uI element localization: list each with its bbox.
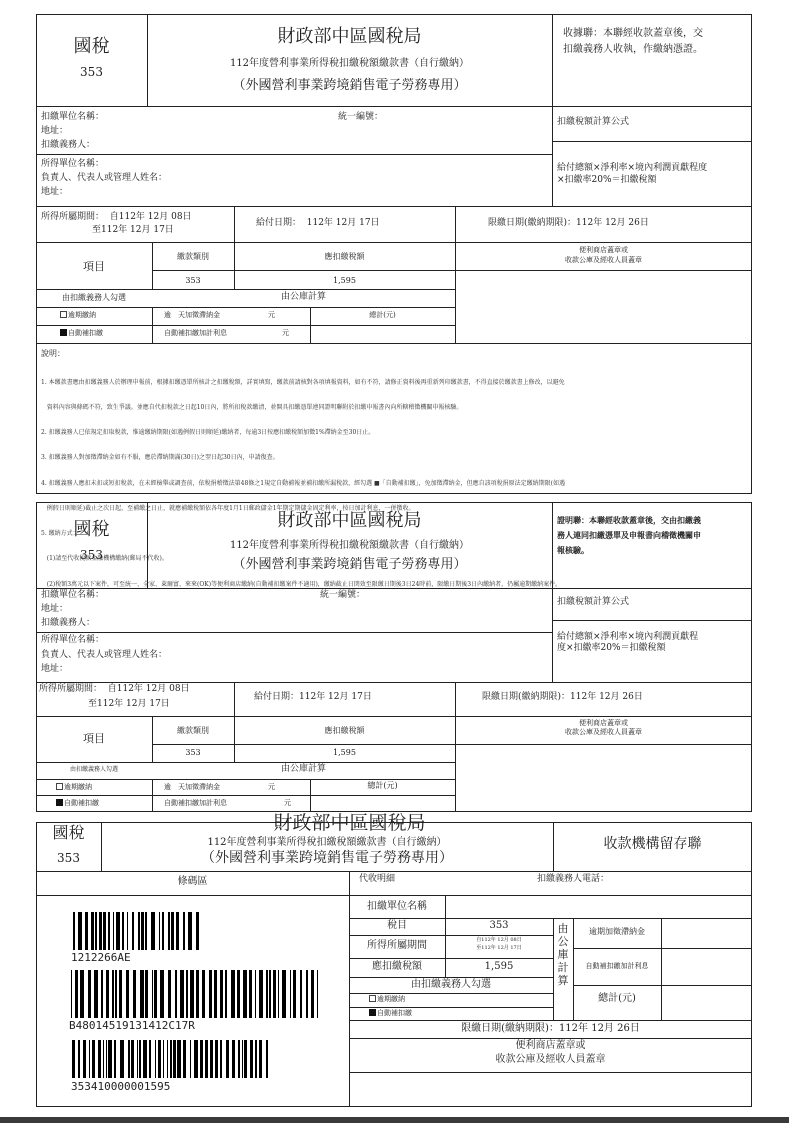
deadline-label: 限繳日期(繳納期限)： (488, 218, 576, 228)
choice-label: 由扣繳義務人勾選 (36, 293, 152, 303)
income-unit-name-label: 所得單位名稱： (41, 635, 104, 646)
stamp-label-line2: 收款公庫及經收人員蓋章 (455, 256, 752, 264)
formula-title: 扣繳稅額計算公式 (557, 597, 629, 608)
form-subtitle: （外國營利事業跨境銷售電子勞務專用） (101, 850, 553, 867)
withholding-agent-label: 扣繳義務人： (41, 140, 95, 151)
period-to: 至112年 12月 17日 (88, 699, 170, 710)
interest-label: 自動補扣繳加計利息 (164, 329, 227, 337)
tax-amount-value: 1,595 (234, 276, 455, 286)
form-subtitle: （外國營利事業跨境銷售電子勞務專用） (147, 557, 552, 573)
stamp-label-line2: 收款公庫及經收人員蓋章 (349, 1054, 752, 1066)
barcode-3-text: 353410000001595 (71, 1080, 170, 1093)
agency-name: 財政部中區國稅局 (147, 26, 552, 48)
category-label: 繳款類別 (152, 252, 234, 262)
form-subtitle: （外國營利事業跨境銷售電子勞務專用） (147, 78, 552, 94)
representative-name-label: 負責人、代表人或管理人姓名： (41, 173, 167, 184)
item-label: 項目 (36, 732, 152, 745)
income-unit-address-label: 地址： (41, 664, 68, 675)
withholder-unit-name-label: 扣繳單位名稱： (41, 112, 104, 123)
auto-supplement-option[interactable]: 自動補扣繳 (369, 1009, 412, 1017)
period-to: 至112年 12月 17日 (92, 225, 174, 236)
note-line: 3. 扣繳義務人對加徵滯納金如有不服，應於滯納期滿(30日)之翌日起30日內，申… (41, 454, 565, 462)
tax-amount-label: 應扣繳稅額 (234, 252, 455, 262)
tax-type-label: 國稅 (36, 36, 147, 58)
category-label: 繳款類別 (152, 726, 234, 736)
item-label: 項目 (36, 260, 152, 273)
barcode-1-text: 1212266AE (71, 951, 131, 964)
auto-supplement-option[interactable]: 自動補扣繳 (60, 329, 103, 337)
period-label: 所得所屬期間： (39, 684, 102, 694)
treasury-calc-label: 由公庫計算 (152, 292, 455, 303)
formula-title: 扣繳稅額計算公式 (557, 117, 629, 128)
late-fee-label: 逾期加徵滯納金 (573, 927, 661, 937)
stamp-label-line1: 便利商店蓋章或 (349, 1040, 752, 1052)
deadline-text: 限繳日期(繳納期限)：112年 12月 26日 (349, 1023, 752, 1035)
auto-supplement-checkbox[interactable] (56, 799, 63, 806)
deadline-label: 限繳日期(繳納期限)： (482, 692, 570, 702)
collection-detail-label: 代收明細 (359, 874, 395, 885)
agent-phone-label: 扣繳義務人電話： (537, 874, 609, 885)
late-payment-option[interactable]: 逾期繳納 (369, 995, 405, 1003)
interest-label: 自動補扣繳加計利息 (573, 962, 661, 970)
barcode-2 (71, 970, 318, 1018)
pay-date: 112年 12月 17日 (307, 218, 380, 228)
pay-date-label: 給付日期： (256, 218, 301, 228)
note-line: 2. 扣繳義務人已依規定扣取稅款，惟逾繳納期限(如遇例假日則順延)繳納者，每逾3… (41, 429, 565, 437)
stamp-label-line1: 便利商店蓋章或 (455, 719, 752, 727)
tax-amount-value: 1,595 (445, 961, 553, 973)
pay-date-label: 給付日期： (254, 692, 299, 702)
late-payment-checkbox[interactable] (369, 995, 376, 1002)
total-label: 總計(元) (310, 311, 455, 319)
withholder-address-label: 地址： (41, 604, 68, 615)
choice-label: 由扣繳義務人勾選 (36, 766, 152, 773)
note-line: 4. 扣繳義務人應扣未扣或短扣稅款，在未經檢舉或調查前，依稅捐稽徵法第48條之1… (41, 480, 565, 488)
note-line: 1. 本繳款書應由扣繳義務人於辦理申報前，根據扣繳憑單所核計之扣繳稅額，詳實填寫… (41, 379, 565, 387)
period-from: 自112年 12月 08日 (445, 937, 553, 943)
representative-name-label: 負責人、代表人或管理人姓名： (41, 650, 167, 661)
withholder-address-label: 地址： (41, 126, 68, 137)
stamp-label-line1: 便利商店蓋章或 (455, 246, 752, 254)
period-label: 所得所屬期間 (349, 940, 445, 952)
copy-note-line3: 報核驗。 (557, 546, 589, 556)
formula-line1: 給付總額×淨利率×境內利潤貢獻程 (557, 632, 698, 643)
period-label: 所得所屬期間： (41, 212, 104, 222)
late-payment-option[interactable]: 逾期繳納 (60, 311, 96, 319)
copy-note: 收款機構留存聯 (553, 836, 752, 853)
tax-code: 353 (36, 65, 147, 79)
note-line: 資料內容與條碼不符，致生爭議。並應自代扣稅款之日起10日內，將所扣稅款繳清，並開… (41, 404, 565, 412)
choice-label: 由扣繳義務人勾選 (349, 979, 553, 991)
notes-title: 說明： (41, 349, 65, 359)
late-payment-option[interactable]: 逾期繳納 (56, 783, 92, 791)
withholding-agent-label: 扣繳義務人： (41, 618, 95, 629)
interest-unit: 元 (282, 329, 289, 337)
tax-code: 353 (36, 851, 101, 865)
stamp-label-line2: 收款公庫及經收人員蓋章 (455, 728, 752, 736)
late-fee-label: 逾 天加徵滯納金 (164, 783, 220, 791)
tax-type-label: 國稅 (36, 519, 147, 541)
formula-line1: 給付總額×淨利率×境內利潤貢獻程度 (557, 163, 707, 174)
formula-line2: 度×扣繳率20%＝扣繳稅額 (557, 643, 666, 654)
copy-note-line2: 務人連同扣繳憑單及申報書向稽徵機關申 (557, 531, 701, 541)
period-from: 自112年 12月 08日 (110, 212, 192, 222)
copy-note-line1: 證明聯：本聯經收款蓋章後，交由扣繳義 (557, 516, 701, 526)
total-label: 總計(元) (573, 993, 661, 1005)
barcode-2-text: B48014519131412C17R (69, 1019, 195, 1032)
form-title: 112年度營利事業所得稅扣繳稅額繳款書（自行繳納） (147, 540, 552, 552)
auto-supplement-checkbox[interactable] (369, 1009, 376, 1016)
interest-label: 自動補扣繳加計利息 (164, 799, 227, 807)
agency-name: 財政部中區國稅局 (147, 510, 552, 532)
auto-supplement-checkbox[interactable] (60, 329, 67, 336)
copy-note-line2: 扣繳義務人收執，作繳納憑證。 (563, 44, 703, 56)
treasury-calc-vertical: 由公庫計算 (557, 922, 569, 987)
treasury-calc-label: 由公庫計算 (152, 764, 455, 775)
late-fee-label: 逾 天加徵滯納金 (164, 311, 220, 319)
unified-number-label: 統一編號： (338, 112, 383, 123)
tax-amount-label: 應扣繳稅額 (349, 961, 445, 973)
unified-number-label: 統一編號： (320, 590, 365, 601)
barcode-1 (73, 912, 200, 950)
tax-amount-value: 1,595 (234, 748, 455, 758)
tax-item-value: 353 (445, 920, 553, 932)
tax-amount-label: 應扣繳稅額 (234, 726, 455, 736)
income-unit-address-label: 地址： (41, 187, 68, 198)
category-value: 353 (152, 748, 234, 758)
tax-code: 353 (36, 548, 147, 562)
form-title: 112年度營利事業所得稅扣繳稅額繳款書（自行繳納） (101, 837, 553, 849)
withholder-unit-name-label: 扣繳單位名稱： (41, 590, 104, 601)
late-fee-unit: 元 (268, 311, 275, 319)
tax-item-label: 稅目 (349, 920, 445, 932)
pay-date: 112年 12月 17日 (299, 692, 372, 702)
barcode-3 (72, 1040, 268, 1078)
late-fee-unit: 元 (268, 783, 275, 791)
formula-line2: ×扣繳率20%＝扣繳稅額 (557, 175, 657, 186)
period-from: 自112年 12月 08日 (108, 684, 190, 694)
period-to: 至112年 12月 17日 (445, 945, 553, 951)
income-unit-name-label: 所得單位名稱： (41, 159, 104, 170)
unit-name-label: 扣繳單位名稱 (349, 901, 445, 913)
deadline-date: 112年 12月 26日 (576, 218, 649, 228)
auto-supplement-option[interactable]: 自動補扣繳 (56, 799, 99, 807)
category-value: 353 (152, 276, 234, 286)
barcode-area-label: 條碼區 (36, 876, 349, 888)
deadline-date: 112年 12月 26日 (570, 692, 643, 702)
tax-type-label: 國稅 (36, 823, 101, 842)
form-title: 112年度營利事業所得稅扣繳稅額繳款書（自行繳納） (147, 58, 552, 70)
late-payment-checkbox[interactable] (56, 783, 63, 790)
total-label: 總計(元) (310, 781, 455, 791)
copy-note-line1: 收據聯：本聯經收款蓋章後，交 (563, 28, 703, 40)
viewer-bottom-bar (0, 1117, 789, 1123)
late-payment-checkbox[interactable] (60, 311, 67, 318)
interest-unit: 元 (284, 799, 291, 807)
